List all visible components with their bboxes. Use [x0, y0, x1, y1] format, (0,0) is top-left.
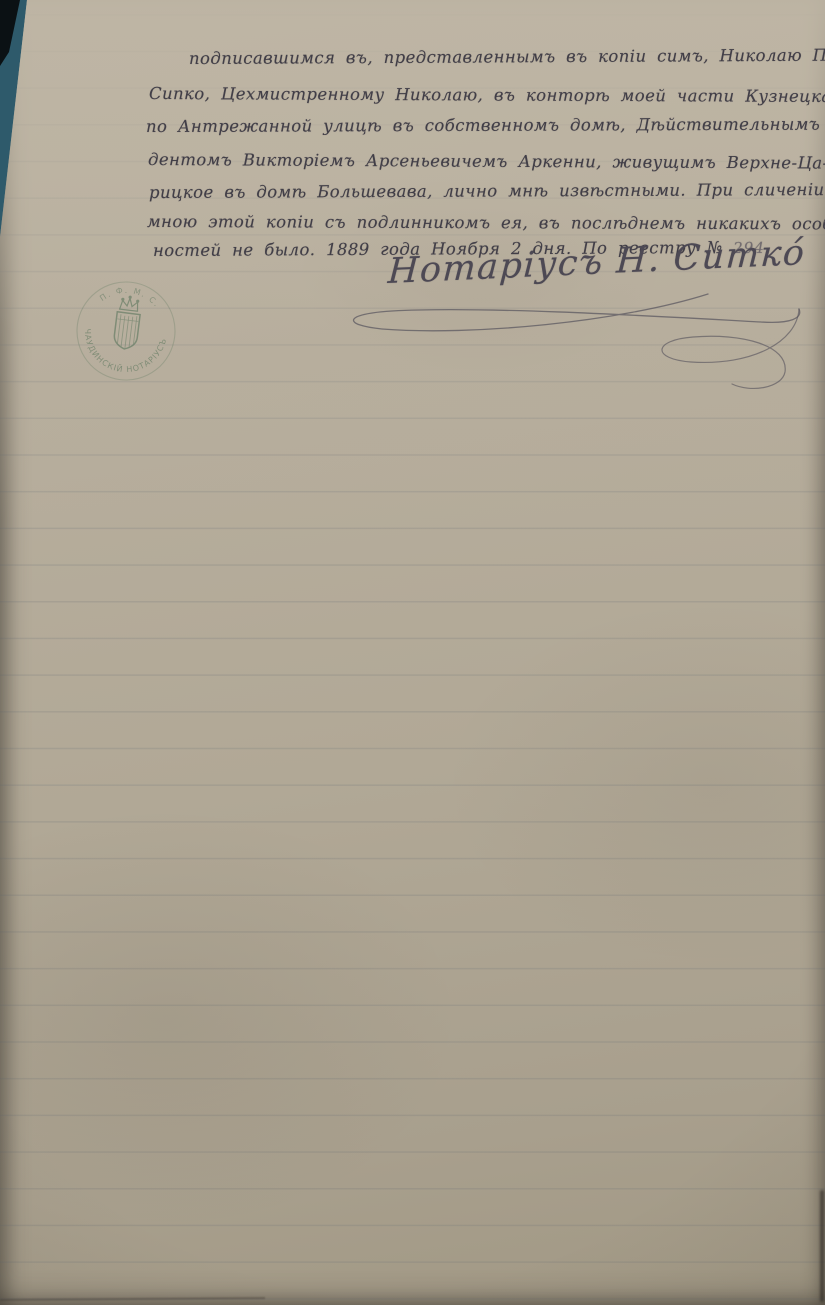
handwriting-line: рицкое въ домѣ Большевава, лично мнѣ изв… [149, 180, 825, 202]
paper-sheet: подписавшимся въ, представленнымъ въ коп… [0, 0, 825, 1305]
svg-text:ЧАУДИНСКІЙ НОТАРІУСЪ: ЧАУДИНСКІЙ НОТАРІУСЪ [78, 327, 169, 379]
photo-of-document: { "meta": { "description": "Photograph o… [0, 0, 825, 1305]
stamp-shield-icon [113, 312, 140, 351]
handwriting-line: дентомъ Викторіемъ Арсеньевичемъ Аркенни… [148, 150, 825, 173]
handwriting-line: по Антрежанной улицѣ въ собственномъ дом… [146, 114, 825, 136]
notary-seal-stamp: П. Ф. М. С. ЧАУДИНСКІЙ НОТАРІУСЪ [65, 270, 188, 393]
handwriting-line: подписавшимся въ, представленнымъ въ коп… [189, 45, 825, 68]
signature-flourish [320, 288, 822, 400]
paper-edge-streak [820, 1190, 824, 1302]
stamp-bottom-arc-text: ЧАУДИНСКІЙ НОТАРІУСЪ [78, 327, 169, 379]
handwriting-line: Сипко, Цехмистренному Николаю, въ контор… [149, 84, 825, 106]
handwriting-line: мною этой копіи съ подлинникомъ ея, въ п… [147, 212, 825, 233]
stamp-crown-icon [120, 295, 140, 311]
